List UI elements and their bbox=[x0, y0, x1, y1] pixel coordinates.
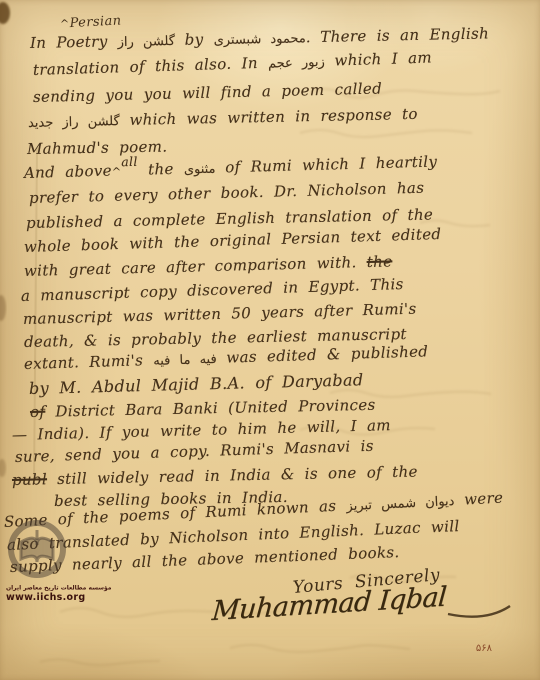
letter-line: by M. Abdul Majid B.A. of Daryabad bbox=[29, 370, 364, 398]
watermark: مؤسسه مطالعات تاریخ معاصر ایران www.iich… bbox=[6, 518, 116, 603]
persian-phrase: گلشن راز جدید bbox=[28, 114, 120, 131]
letter-line: translation of this also. In زبور عجم wh… bbox=[33, 48, 433, 81]
persian-phrase: مثنوی bbox=[184, 162, 216, 178]
signature: Muhammad Iqbal bbox=[211, 582, 448, 628]
persian-phrase: فیه ما فیه bbox=[153, 352, 217, 369]
watermark-org-name: مؤسسه مطالعات تاریخ معاصر ایران bbox=[6, 584, 107, 591]
page-number: ۵۶۸ bbox=[476, 643, 492, 654]
letter-text: In Poetry bbox=[30, 32, 118, 52]
persian-phrase: محمود شبستری bbox=[213, 31, 305, 48]
inserted-word: ^Persian bbox=[60, 13, 122, 31]
letter-text: sending you you will find a poem called bbox=[33, 79, 383, 106]
letter-text: were bbox=[454, 489, 504, 509]
struck-word: the bbox=[366, 252, 392, 271]
letter-text: with great care after comparison with. bbox=[24, 253, 367, 280]
caret-mark: ^ bbox=[112, 165, 122, 178]
persian-phrase: زبور عجم bbox=[268, 55, 325, 72]
letter-text: prefer to every other book. Dr. Nicholso… bbox=[29, 179, 425, 207]
signature-flourish bbox=[448, 606, 510, 617]
letter-text: of Rumi which I heartily bbox=[215, 152, 437, 176]
letter-text: by M. Abdul Majid B.A. of Daryabad bbox=[29, 370, 364, 398]
letter-scan-page: ^Persian In Poetry گلشن راز by محمود شبس… bbox=[0, 0, 540, 680]
letter-text: . There is an English bbox=[306, 24, 490, 46]
inserted-word: all bbox=[121, 154, 138, 169]
letter-line: گلشن راز جدید which was written in respo… bbox=[28, 105, 418, 133]
persian-phrase: گلشن راز bbox=[118, 34, 176, 50]
letter-line: sending you you will find a poem called bbox=[33, 79, 383, 107]
letter-line: prefer to every other book. Dr. Nicholso… bbox=[29, 179, 425, 208]
letter-text: which I am bbox=[324, 48, 432, 69]
letter-text: Mahmud's poem. bbox=[27, 138, 168, 158]
letter-text: And above bbox=[24, 162, 112, 182]
struck-word: publ bbox=[12, 470, 47, 489]
watermark-url: www.iichs.org bbox=[6, 592, 116, 603]
struck-word: of bbox=[30, 403, 46, 421]
letter-text: the bbox=[138, 160, 184, 179]
letter-text: still widely read in India & is one of t… bbox=[47, 463, 418, 489]
letter-text: extant. Rumi's bbox=[24, 351, 154, 373]
letter-line: publ still widely read in India & is one… bbox=[12, 463, 418, 490]
persian-phrase: دیوان شمس تبریز bbox=[346, 494, 455, 514]
iichs-logo-icon bbox=[6, 518, 70, 580]
letter-text: by bbox=[175, 30, 214, 49]
letter-line: Mahmud's poem. bbox=[27, 138, 168, 159]
letter-text: which was written in response to bbox=[120, 105, 418, 129]
letter-text: translation of this also. In bbox=[33, 54, 269, 79]
